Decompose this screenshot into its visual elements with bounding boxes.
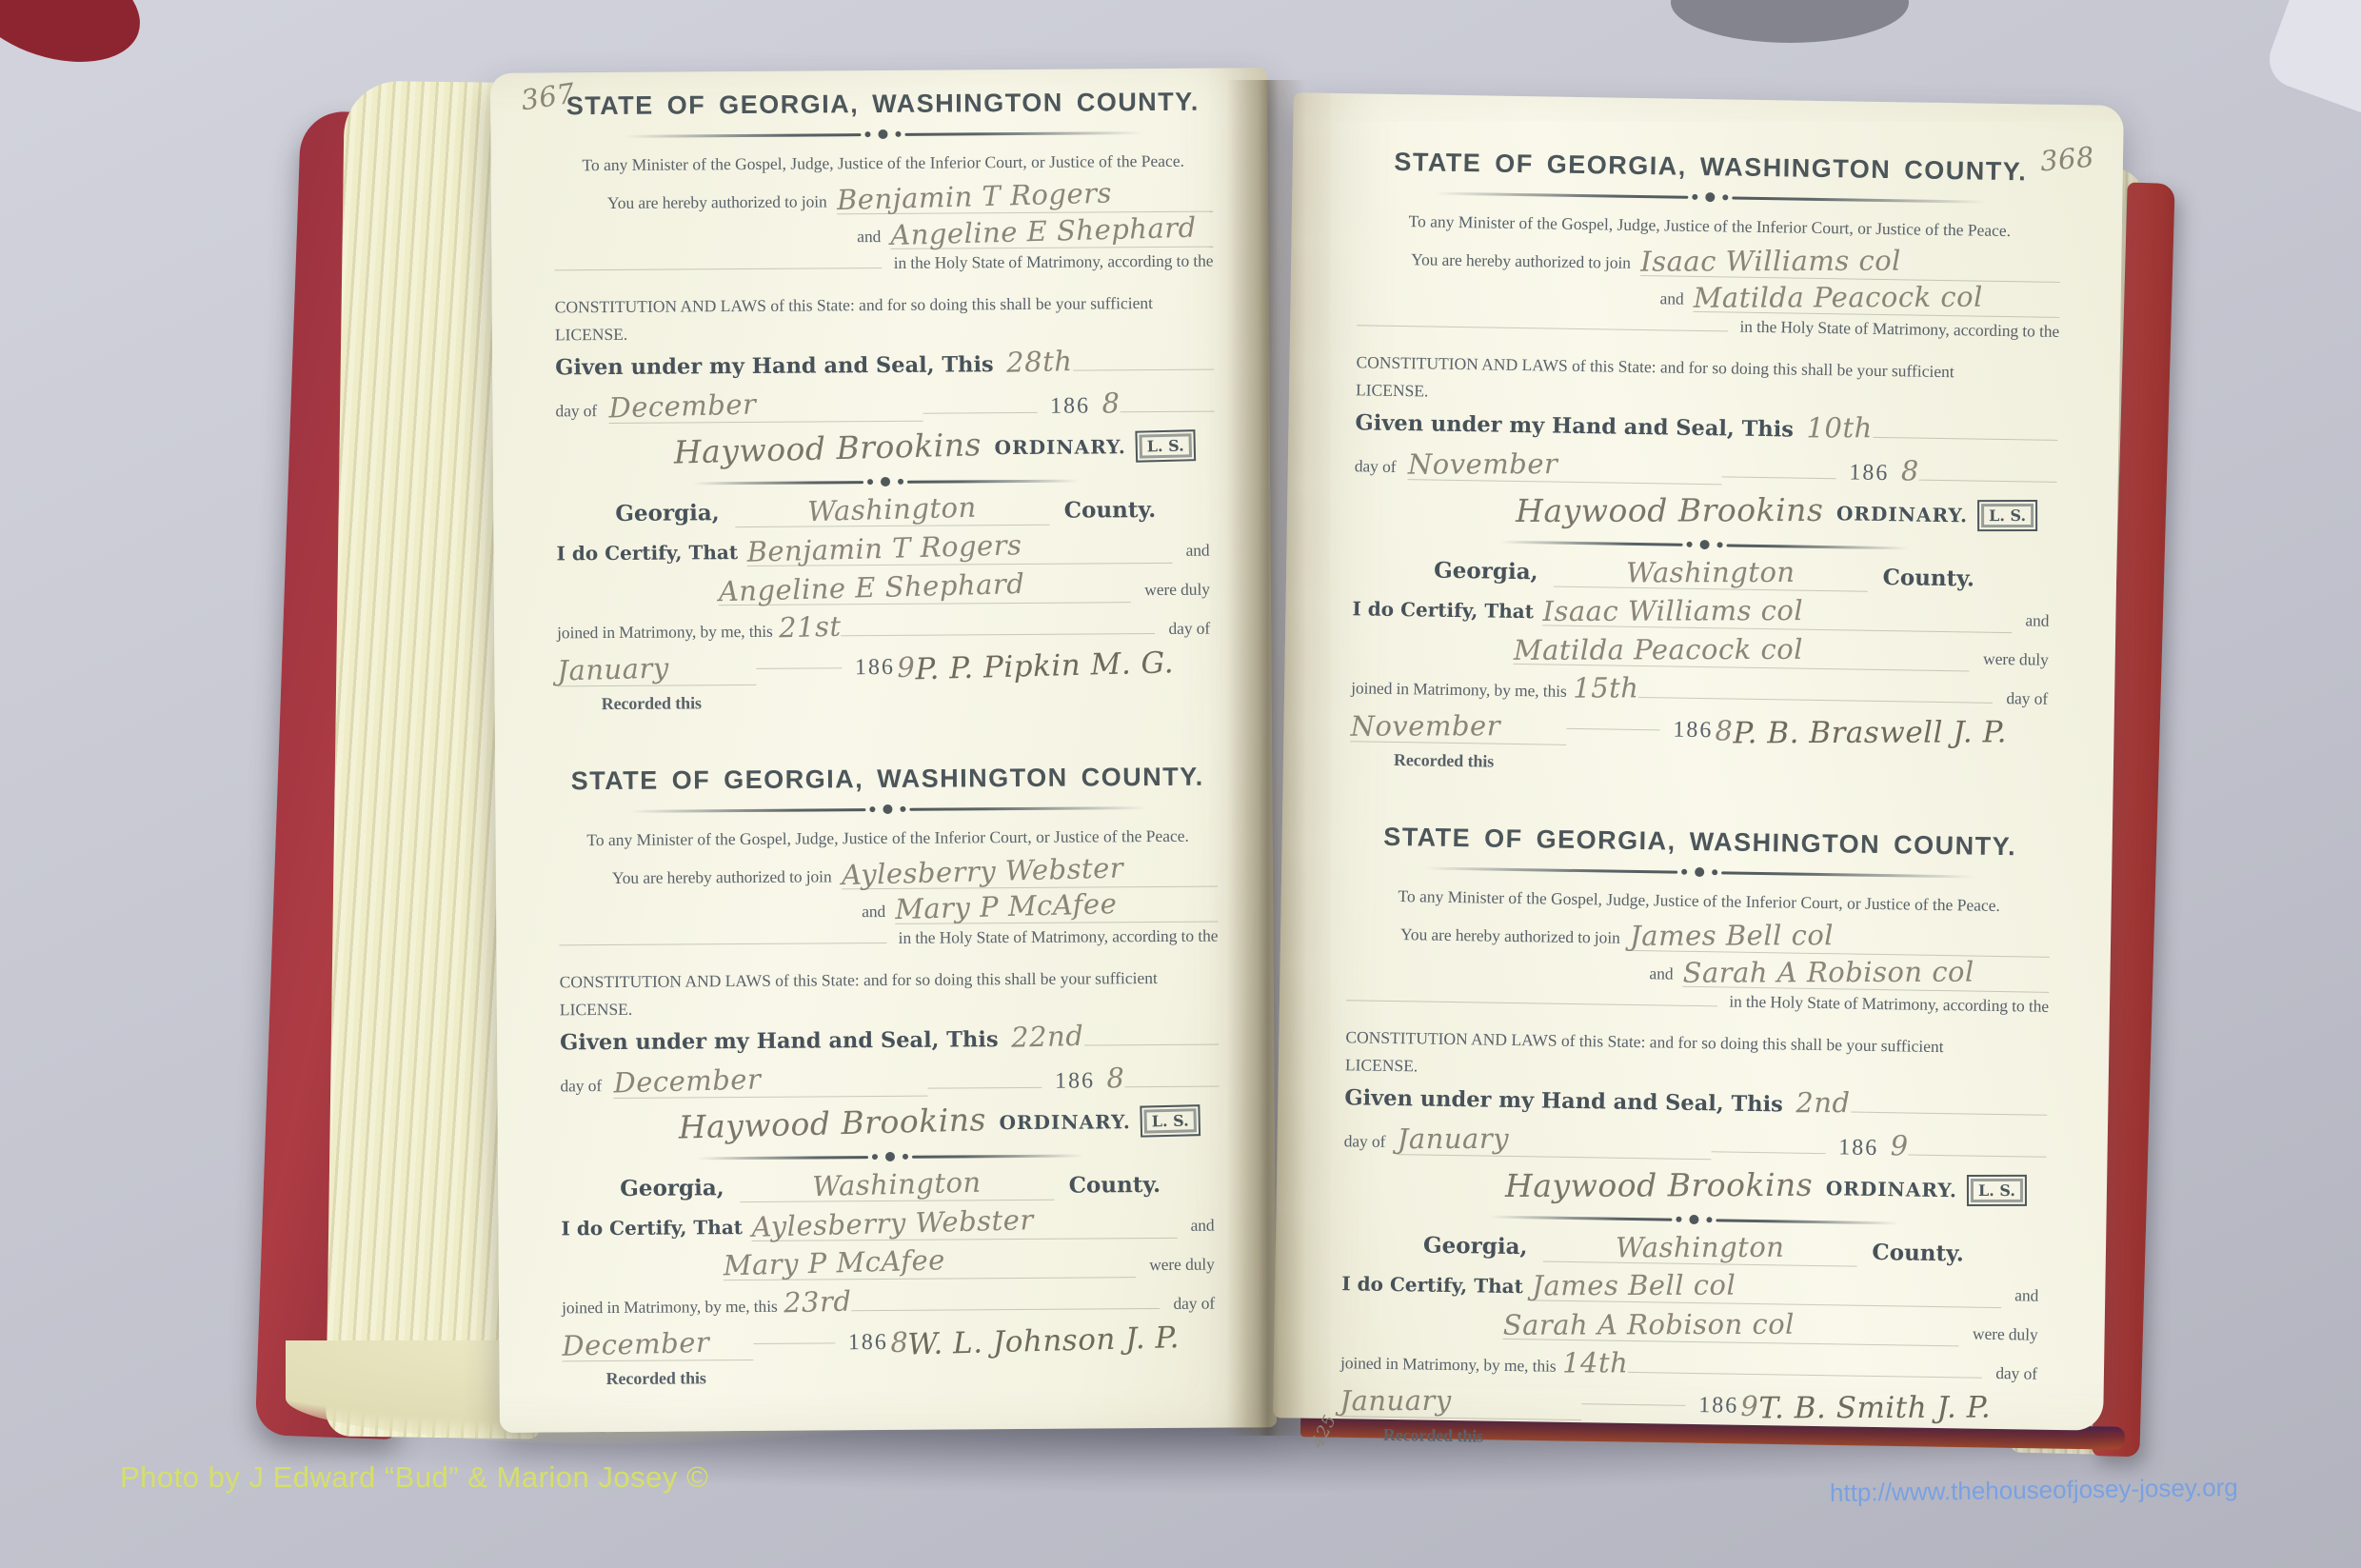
flourish-divider-icon [1348,861,2051,883]
constitution-line: CONSTITUTION AND LAWS of this State: and… [555,293,1214,318]
county-name: Washington [1616,1231,1785,1264]
year-printed: 186 [1050,393,1090,419]
seal-stamp-icon: L. S. [1977,500,2037,531]
photo-background: 367 STATE OF GEORGIA, WASHINGTON COUNTY.… [0,0,2361,1568]
page-368: 368 STATE OF GEORGIA, WASHINGTON COUNTY.… [1273,92,2124,1431]
given-label: Given under my Hand and Seal, This [560,1027,999,1055]
married-month: December [562,1325,710,1361]
ordinary-line: Haywood Brookins ORDINARY. L. S. [556,427,1215,469]
certify-bride-line: Sarah A Robison col were duly [1502,1306,2043,1348]
matrimony-label: in the Holy State of Matrimony, accordin… [894,251,1214,273]
county-label: County. [1069,1172,1161,1199]
officiant-signature: T. B. Smith J. P. [1758,1391,1991,1426]
bride-name: Matilda Peacock col [1694,281,1983,314]
day-of-label: day of [555,401,597,421]
recorded-line: Recorded this [602,686,1217,718]
year-printed: 186 [1849,460,1889,486]
georgia-label: Georgia, [615,500,720,526]
license-month: November [1407,447,1557,481]
license-month: January [1397,1122,1508,1155]
given-label: Given under my Hand and Seal, This [1355,410,1794,442]
given-line: Given under my Hand and Seal, This 2nd [1344,1079,2047,1122]
authorization-line: You are hereby authorized to join Benjam… [607,179,1213,216]
year-printed: 186 [1838,1135,1878,1161]
constitution-line: CONSTITUTION AND LAWS of this State: and… [1345,1027,2048,1059]
website-watermark: http://www.thehouseofjosey-josey.org [1830,1473,2238,1508]
cert-groom-name: Isaac Williams col [1543,594,1804,627]
certify-line: I do Certify, That Aylesberry Webster an… [561,1205,1220,1243]
were-duly-label: were duly [1149,1255,1215,1275]
flourish-divider-icon [1359,186,2061,208]
bride-line: and Sarah A Robison col [1649,953,2049,993]
married-date-line: January 186 9 T. B. Smith J. P. [1339,1382,2042,1428]
authorization-line: You are hereby authorized to join James … [1400,914,2050,958]
day-of-label: day of [1355,456,1397,477]
license-year-digit: 9 [1890,1129,1908,1161]
seal-label: L. S. [1147,436,1184,455]
were-duly-label: were duly [1983,649,2049,670]
ordinary-label: ORDINARY. [1836,502,1969,526]
seal-label: L. S. [1152,1111,1189,1130]
bride-name: Mary P McAfee [895,887,1118,925]
license-day: 22nd [1011,1020,1084,1054]
and-label: and [862,902,885,922]
recorded-label: Recorded this [602,693,702,714]
cert-bride-name: Matilda Peacock col [1514,633,1803,666]
matrimony-label: in the Holy State of Matrimony, accordin… [1739,317,2059,342]
officiant-signature: P. B. Braswell J. P. [1733,715,2007,750]
license-date-line: day of January 186 9 [1343,1121,2046,1165]
marriage-record-webster-mcafee: STATE OF GEORGIA, WASHINGTON COUNTY. To … [558,763,1221,1393]
groom-name: James Bell col [1630,919,1834,952]
cert-groom-name: Benjamin T Rogers [747,528,1023,568]
gray-object-top-right [1671,0,1909,43]
married-date-line: January 186 9 P. P. Pipkin M. G. [557,648,1216,687]
authorization-line: You are hereby authorized to join Isaac … [1411,239,2060,283]
married-month: January [1339,1383,1451,1416]
georgia-county-line: Georgia, Washington County. [561,1166,1220,1204]
seal-stamp-icon: L. S. [1135,429,1196,463]
year-printed: 186 [855,654,895,680]
married-date-line: November 186 8 P. B. Braswell J. P. [1350,707,2053,753]
license-year-digit: 8 [1101,387,1121,419]
married-day: 23rd [783,1285,851,1320]
matrimony-line: in the Holy State of Matrimony, accordin… [1346,985,2049,1029]
ordinary-signature: Haywood Brookins [673,426,982,470]
groom-name: Isaac Williams col [1640,245,1901,278]
year-printed: 186 [1673,717,1713,744]
flourish-divider-icon [553,127,1212,143]
georgia-label: Georgia, [1434,558,1538,586]
constitution-line: CONSTITUTION AND LAWS of this State: and… [1356,352,2058,384]
were-duly-label: were duly [1144,580,1210,600]
recorded-label: Recorded this [606,1368,706,1389]
license-label: LICENSE. [560,996,1219,1021]
married-day: 14th [1562,1346,1628,1379]
bride-name: Sarah A Robison col [1682,956,1974,989]
marriage-record-williams-peacock: STATE OF GEORGIA, WASHINGTON COUNTY. To … [1350,147,2062,784]
authorize-label: You are hereby authorized to join [607,191,827,213]
seal-label: L. S. [1989,506,2026,525]
flourish-divider-icon [561,1149,1220,1165]
license-label: LICENSE. [555,321,1214,346]
certify-bride-line: Matilda Peacock col were duly [1514,631,2054,673]
day-of-label: day of [1995,1363,2037,1384]
given-label: Given under my Hand and Seal, This [555,352,994,380]
married-year-digit: 8 [889,1326,908,1359]
recorded-label: Recorded this [1383,1424,1484,1446]
day-of-label: day of [2006,688,2048,709]
license-day: 28th [1006,345,1073,379]
joined-line: joined in Matrimony, by me, this 23rd da… [562,1283,1220,1320]
bride-line: and Matilda Peacock col [1659,278,2059,318]
joined-label: joined in Matrimony, by me, this [1351,678,1567,702]
authorize-label: You are hereby authorized to join [1411,249,1631,273]
georgia-county-line: Georgia, Washington County. [556,491,1215,529]
year-printed: 186 [1055,1068,1095,1094]
married-year-digit: 9 [897,651,916,684]
authorize-label: You are hereby authorized to join [1400,924,1620,948]
certify-bride-line: Angeline E Shephard were duly [719,569,1216,606]
constitution-line: CONSTITUTION AND LAWS of this State: and… [560,968,1219,993]
day-of-label: day of [1173,1294,1215,1314]
address-line: To any Minister of the Gospel, Judge, Ju… [1348,885,2051,917]
flourish-divider-icon [556,474,1215,490]
marriage-record-rogers-shephard: STATE OF GEORGIA, WASHINGTON COUNTY. To … [553,88,1217,718]
marriage-record-bell-robison: STATE OF GEORGIA, WASHINGTON COUNTY. To … [1339,822,2052,1459]
license-date-line: day of December 186 8 [555,387,1214,425]
cert-bride-name: Mary P McAfee [723,1243,945,1281]
record-header: STATE OF GEORGIA, WASHINGTON COUNTY. [558,763,1217,797]
certify-label: I do Certify, That [1352,597,1534,623]
joined-line: joined in Matrimony, by me, this 21st da… [557,608,1216,645]
married-month: January [557,651,669,686]
day-of-label: day of [1344,1131,1386,1152]
county-name: Washington [812,1166,982,1203]
married-day: 15th [1573,671,1638,704]
ordinary-signature: Haywood Brookins [678,1101,986,1145]
married-year-digit: 8 [1715,714,1733,746]
cert-groom-name: James Bell col [1533,1269,1736,1302]
ordinary-line: Haywood Brookins ORDINARY. L. S. [1343,1161,2047,1210]
light-corner-top-right [2262,0,2361,125]
ordinary-label: ORDINARY. [1826,1177,1958,1201]
flourish-divider-icon [558,802,1217,818]
married-month: November [1351,709,1501,743]
day-of-label: day of [1168,619,1210,639]
matrimony-label: in the Holy State of Matrimony, accordin… [899,926,1219,948]
seal-stamp-icon: L. S. [1140,1104,1200,1138]
and-label: and [1190,1216,1214,1236]
and-label: and [857,227,881,247]
were-duly-label: were duly [1973,1324,2038,1345]
and-label: and [1659,288,1683,308]
red-object-top-left [0,0,154,83]
year-printed: 186 [848,1329,888,1355]
cert-groom-name: Aylesberry Webster [752,1203,1035,1243]
certify-label: I do Certify, That [556,541,738,565]
certify-line: I do Certify, That James Bell col and [1341,1264,2044,1309]
georgia-county-line: Georgia, Washington County. [1353,550,2055,595]
ordinary-line: Haywood Brookins ORDINARY. L. S. [1354,486,2057,535]
ordinary-label: ORDINARY. [999,1110,1130,1134]
authorize-label: You are hereby authorized to join [612,866,832,888]
county-label: County. [1882,565,1974,592]
page-367: 367 STATE OF GEORGIA, WASHINGTON COUNTY.… [490,68,1277,1433]
ordinary-label: ORDINARY. [995,435,1126,459]
georgia-county-line: Georgia, Washington County. [1342,1225,2045,1270]
license-date-line: day of November 186 8 [1355,446,2057,490]
ordinary-line: Haywood Brookins ORDINARY. L. S. [561,1102,1220,1144]
groom-name: Aylesberry Webster [841,851,1123,891]
married-year-digit: 9 [1740,1390,1758,1422]
license-day: 2nd [1796,1086,1851,1119]
certify-bride-line: Mary P McAfee were duly [724,1244,1220,1281]
and-label: and [2014,1285,2038,1305]
recorded-label: Recorded this [1394,749,1495,771]
certify-line: I do Certify, That Benjamin T Rogers and [556,530,1215,568]
county-name: Washington [807,491,977,528]
photo-credit-watermark: Photo by J Edward “Bud” & Marion Josey © [120,1460,708,1495]
and-label: and [2025,610,2049,630]
matrimony-label: in the Holy State of Matrimony, accordin… [1729,992,2049,1017]
seal-label: L. S. [1978,1181,2015,1200]
given-label: Given under my Hand and Seal, This [1344,1085,1783,1117]
recorded-line: Recorded this [606,1361,1221,1393]
given-line: Given under my Hand and Seal, This 28th [555,345,1214,382]
bride-line: and Angeline E Shephard [857,214,1213,250]
certify-label: I do Certify, That [561,1216,743,1240]
given-line: Given under my Hand and Seal, This 10th [1355,404,2057,447]
license-month: December [608,387,757,424]
and-label: and [1186,541,1210,561]
certify-label: I do Certify, That [1341,1272,1523,1298]
matrimony-line: in the Holy State of Matrimony, accordin… [559,926,1218,963]
county-name: Washington [1626,556,1796,589]
authorization-line: You are hereby authorized to join Aylesb… [612,854,1218,891]
married-date-line: December 186 8 W. L. Johnson J. P. [562,1323,1220,1362]
matrimony-line: in the Holy State of Matrimony, accordin… [1357,310,2059,354]
bride-line: and Mary P McAfee [862,889,1218,925]
joined-label: joined in Matrimony, by me, this [562,1297,778,1319]
cert-bride-name: Sarah A Robison col [1503,1308,1795,1341]
georgia-label: Georgia, [1423,1233,1528,1260]
county-label: County. [1872,1240,1964,1267]
seal-stamp-icon: L. S. [1967,1175,2027,1206]
groom-name: Benjamin T Rogers [836,177,1112,217]
georgia-label: Georgia, [620,1175,724,1201]
license-date-line: day of December 186 8 [560,1062,1219,1100]
address-line: To any Minister of the Gospel, Judge, Ju… [559,826,1218,851]
certify-line: I do Certify, That Isaac Williams col an… [1352,589,2054,634]
cert-bride-name: Angeline E Shephard [718,567,1024,607]
ordinary-signature: Haywood Brookins [1505,1166,1813,1204]
record-header: STATE OF GEORGIA, WASHINGTON COUNTY. [553,88,1212,122]
bride-name: Angeline E Shephard [890,211,1197,251]
joined-line: joined in Matrimony, by me, this 14th da… [1340,1342,2043,1386]
officiant-signature: W. L. Johnson J. P. [907,1320,1180,1361]
county-label: County. [1064,497,1157,524]
license-month: December [613,1062,762,1099]
address-line: To any Minister of the Gospel, Judge, Ju… [554,151,1213,176]
license-year-digit: 8 [1106,1062,1125,1094]
record-header: STATE OF GEORGIA, WASHINGTON COUNTY. [1359,147,2062,188]
recorded-line: Recorded this [1394,746,2053,784]
record-header: STATE OF GEORGIA, WASHINGTON COUNTY. [1348,822,2051,863]
matrimony-line: in the Holy State of Matrimony, accordin… [554,251,1213,288]
ordinary-signature: Haywood Brookins [1516,491,1823,529]
year-printed: 186 [1698,1393,1738,1419]
joined-label: joined in Matrimony, by me, this [557,622,773,644]
given-line: Given under my Hand and Seal, This 22nd [560,1020,1219,1057]
married-day: 21st [778,610,841,645]
day-of-label: day of [560,1076,602,1096]
joined-line: joined in Matrimony, by me, this 15th da… [1351,667,2053,711]
officiant-signature: P. P. Pipkin M. G. [915,645,1175,686]
and-label: and [1649,963,1673,983]
address-line: To any Minister of the Gospel, Judge, Ju… [1359,210,2061,242]
license-year-digit: 8 [1900,454,1918,486]
license-day: 10th [1807,411,1873,444]
joined-label: joined in Matrimony, by me, this [1340,1353,1557,1377]
